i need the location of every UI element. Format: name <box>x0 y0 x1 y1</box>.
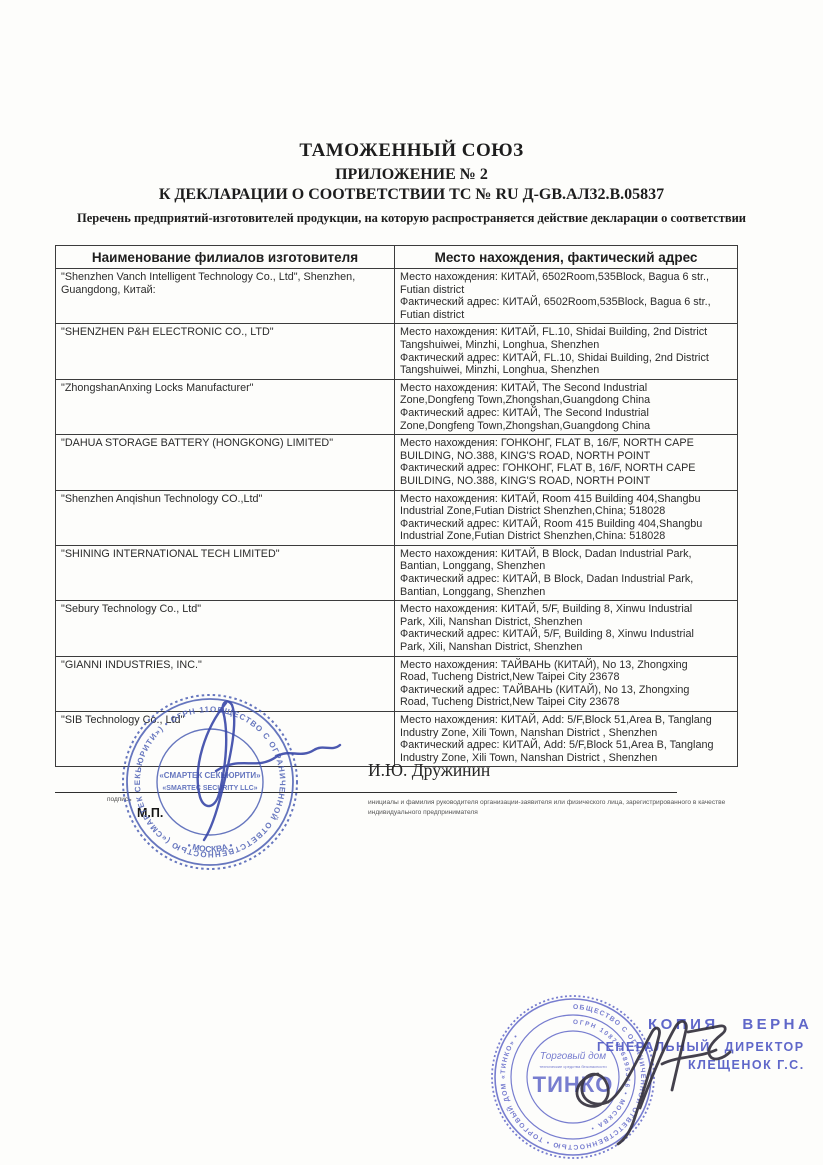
address-cell: Место нахождения: КИТАЙ, Add: 5/F,Block … <box>395 712 738 767</box>
address-cell: Место нахождения: ГОНКОНГ, FLAT B, 16/F,… <box>395 435 738 490</box>
doc-header: ТАМОЖЕННЫЙ СОЮЗ ПРИЛОЖЕНИЕ № 2 К ДЕКЛАРА… <box>0 140 823 227</box>
address-cell: Место нахождения: КИТАЙ, B Block, Dadan … <box>395 545 738 600</box>
signer-name: И.Ю. Дружинин <box>368 760 490 781</box>
manufacturer-name-cell: "DAHUA STORAGE BATTERY (HONGKONG) LIMITE… <box>56 435 395 490</box>
table-row: "DAHUA STORAGE BATTERY (HONGKONG) LIMITE… <box>56 435 738 490</box>
table-row: "Shenzhen Vanch Intelligent Technology C… <box>56 269 738 324</box>
table-header-name: Наименование филиалов изготовителя <box>56 246 395 269</box>
document-page: ТАМОЖЕННЫЙ СОЮЗ ПРИЛОЖЕНИЕ № 2 К ДЕКЛАРА… <box>0 0 823 1165</box>
table-row: "Shenzhen Anqishun Technology CO.,Ltd" М… <box>56 490 738 545</box>
doc-subtitle-appendix: ПРИЛОЖЕНИЕ № 2 <box>0 166 823 184</box>
address-cell: Место нахождения: КИТАЙ, 6502Room,535Blo… <box>395 269 738 324</box>
address-cell: Место нахождения: КИТАЙ, Room 415 Buildi… <box>395 490 738 545</box>
ceo-signature-ink <box>560 1012 750 1152</box>
manufacturer-name-cell: "SHENZHEN P&H ELECTRONIC CO., LTD" <box>56 324 395 379</box>
director-signature-ink <box>168 693 353 848</box>
doc-description: Перечень предприятий-изготовителей проду… <box>67 210 757 227</box>
table-row: "SHINING INTERNATIONAL TECH LIMITED" Мес… <box>56 545 738 600</box>
manufacturer-name-cell: "Shenzhen Anqishun Technology CO.,Ltd" <box>56 490 395 545</box>
signer-caption: инициалы и фамилия руководителя организа… <box>368 798 730 818</box>
table-row: "Sebury Technology Co., Ltd" Место нахож… <box>56 601 738 656</box>
manufacturer-name-cell: "Sebury Technology Co., Ltd" <box>56 601 395 656</box>
address-cell: Место нахождения: КИТАЙ, FL.10, Shidai B… <box>395 324 738 379</box>
address-cell: Место нахождения: КИТАЙ, 5/F, Building 8… <box>395 601 738 656</box>
manufacturer-name-cell: "Shenzhen Vanch Intelligent Technology C… <box>56 269 395 324</box>
doc-title: ТАМОЖЕННЫЙ СОЮЗ <box>0 140 823 162</box>
manufacturer-name-cell: "SHINING INTERNATIONAL TECH LIMITED" <box>56 545 395 600</box>
table-header-row: Наименование филиалов изготовителя Место… <box>56 246 738 269</box>
table-header-address: Место нахождения, фактический адрес <box>395 246 738 269</box>
table-row: "ZhongshanAnxing Locks Manufacturer" Мес… <box>56 379 738 434</box>
manufacturer-name-cell: "ZhongshanAnxing Locks Manufacturer" <box>56 379 395 434</box>
doc-subtitle-declaration: К ДЕКЛАРАЦИИ О СООТВЕТСТВИИ ТС № RU Д-GB… <box>0 186 823 204</box>
manufacturers-table: Наименование филиалов изготовителя Место… <box>55 245 738 767</box>
address-cell: Место нахождения: КИТАЙ, The Second Indu… <box>395 379 738 434</box>
table-row: "SHENZHEN P&H ELECTRONIC CO., LTD" Место… <box>56 324 738 379</box>
address-cell: Место нахождения: ТАЙВАНЬ (КИТАЙ), No 13… <box>395 656 738 711</box>
